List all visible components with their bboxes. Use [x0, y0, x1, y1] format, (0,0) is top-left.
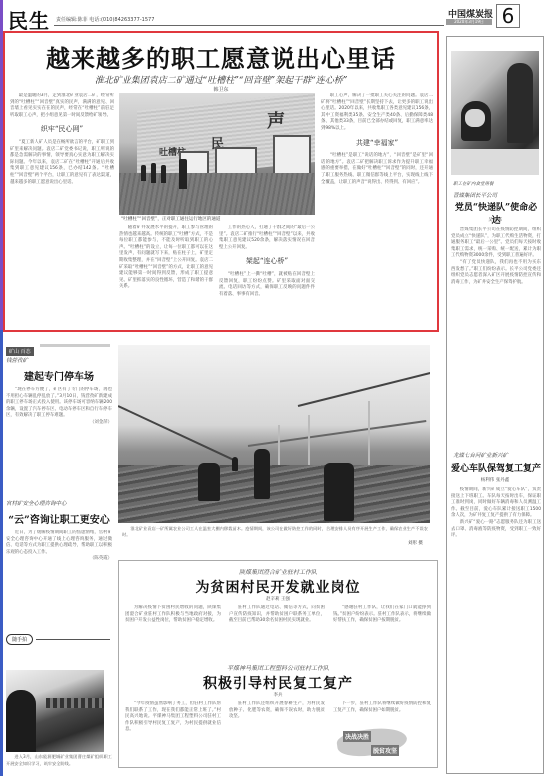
bottom-col-2: 驻村工作队通过电话、微信等方式，向贫困户宣传防疫知识，并帮助贫困户联系务工单位，… — [229, 605, 325, 657]
bottom-col-4: “今年疫情虽然影响了务工，但驻村工作队帮我们联系了工作，现在我们都能正常上班了。… — [125, 701, 221, 765]
worker — [198, 463, 220, 501]
photo-caption: 职工在矿内食堂用餐 — [453, 181, 494, 187]
main-column-2: 随着矿井发展水平的提升，职工参与管理的热情也越来越高。传统的职工“吐槽”方式，不… — [119, 225, 213, 329]
snapshot-rule — [36, 639, 110, 640]
standing-woman — [507, 63, 533, 143]
person — [141, 165, 146, 181]
kicker: 晋煤集团长平公司 — [453, 191, 497, 199]
body-paragraph: 疫情期间，新兴矿成立“爱心车队”，负责接送上下班职工。车队每天按时出车，保证职工… — [451, 487, 541, 520]
tag-rule — [40, 344, 110, 347]
main-byline: 韩卫东 — [5, 86, 437, 93]
greenhouse-caption: 淮北矿业袁店一矿所属农业公司工人在温室大棚内移栽苗木。疫情期间，该公司在做好防控… — [122, 526, 428, 540]
person-foreground — [6, 690, 36, 752]
body-paragraph: 工作的热心人，打通了干群之间的“最后一公里”。袁店二矿推行“吐槽柱”“回音壁”以… — [219, 225, 315, 251]
right-body-2: 疫情期间，新兴矿成立“爱心车队”，负责接送上下班职工。车队每天按时出车，保证职工… — [451, 487, 541, 767]
person — [179, 159, 187, 189]
kicker-2: 官村矿安全心理咨询中心 — [6, 499, 112, 507]
kicker-2: 龙煤七台河矿业新兴矿 — [453, 451, 508, 459]
body-paragraph: “吐槽柱”上一撕“吐槽”，就被贴在回音壁上反馈回复，职工纷纷点赞。矿里采取面对面… — [219, 272, 315, 298]
bottom-col-1: 为解决疫情下贫困村民增收的问题，陕煤集团澄合矿业驻村工作队积极与当地政府对接，为… — [125, 605, 221, 657]
snapshot-header: 随手拍 — [6, 634, 112, 646]
credit: （刘金萍） — [6, 420, 112, 427]
snapshot-tag: 随手拍 — [6, 634, 33, 645]
body-paragraph: “现在停车方便了，矿区有了专门的停车场，再也不用担心车辆乱停乱放了。”3月10日… — [6, 387, 112, 420]
kicker: 钱营孜矿 — [6, 356, 112, 364]
bottom-col-3: “感谢驻村工作队，让我们在家门口就能挣到钱。”贫困户纷纷表示。驻村工作队表示，将… — [333, 605, 431, 657]
main-subtitle: 淮北矿业集团袁店二矿通过“吐槽柱”“回音壁”架起干群“连心桥” — [5, 73, 437, 86]
main-column-3: 工作的热心人，打通了干群之间的“最后一公里”。袁店二矿推行“吐槽柱”“回音壁”以… — [219, 225, 315, 329]
audience — [46, 698, 104, 708]
right-byline: 吴丽娜 — [447, 217, 543, 223]
person — [161, 165, 166, 183]
snapshot-caption: 进入3月，山东能源肥城矿业集团曹庄煤矿组织职工开展安全知识学习，筑牢安全防线。 — [6, 754, 112, 774]
main-headline: 越来越多的职工愿意说出心里话 — [5, 39, 437, 74]
bottom-kicker-1: 陕煤集团澄合矿业驻村工作队 — [119, 567, 437, 576]
right-headline-2: 爱心车队保驾复工复产 — [451, 461, 541, 474]
subhead-1: 织牢“民心网” — [10, 126, 114, 133]
face — [465, 109, 485, 127]
main-column-1: 最是温暖的3月，走到淮北矿业袁店二矿，经常听到的“吐槽柱”“回音壁”真实的民声，… — [10, 93, 114, 329]
main-article-box[interactable]: 越来越多的职工愿意说出心里话 淮北矿业集团袁店二矿通过“吐槽柱”“回音壁”架起干… — [3, 31, 439, 332]
person — [151, 163, 156, 183]
left-headline: 建起专门停车场 — [6, 368, 112, 383]
body-paragraph: “有了党员快递队，我们再也不用为买东西发愁了。”职工们纷纷表示。长平公司党委还组… — [451, 260, 541, 286]
caption-text: 淮北矿业袁店一矿所属农业公司工人在温室大棚内移栽苗木。疫情期间，该公司在做好防控… — [122, 526, 428, 538]
photo-credit: 刘彤 摄 — [408, 540, 423, 546]
bottom-articles-box: 陕煤集团澄合矿业驻村工作队 为贫困村民开发就业岗位 赵辛莉 王强 为解决疫情下贫… — [118, 560, 438, 768]
stamp-text-2: 脱贫攻坚 — [371, 745, 399, 756]
right-body: 晋煤集团长平公司在疫情防控期间，组织党员成立“快递队”，为职工代购生活物资，打通… — [451, 227, 541, 403]
desk — [451, 149, 539, 175]
bottom-kicker-2: 平煤神马集团工程塑料公司驻村工作队 — [119, 663, 437, 672]
section-tag: 矿山 百态 — [6, 347, 34, 356]
subhead-3: 架起“连心桥” — [219, 258, 315, 265]
worker — [254, 449, 270, 499]
building-sign: 声 — [267, 107, 285, 133]
subhead-4: 共建“幸福家” — [321, 140, 433, 147]
roof-beam — [248, 420, 427, 447]
building-photo: 民 声 吐槽柱 — [119, 93, 315, 215]
bottom-byline-2: 李兵 — [119, 692, 437, 698]
left-body: “现在停车方便了，矿区有了专门的停车场，再也不用担心车辆乱停乱放了。”3月10日… — [6, 387, 112, 491]
meeting-photo — [6, 670, 104, 752]
roof-beam — [298, 371, 430, 407]
editor-line: 责任编辑:陈菲 电话:(010)84263377-1577 — [56, 16, 154, 23]
body-paragraph: “感谢驻村工作队，让我们在家门口就能挣到钱。”贫困户纷纷表示。驻村工作队表示，将… — [333, 605, 431, 625]
body-paragraph: 随着矿井发展水平的提升，职工参与管理的热情也越来越高。传统的职工“吐槽”方式，不… — [119, 225, 213, 291]
left-lower-column: 矿山 百态 钱营孜矿 建起专门停车场 “现在停车方便了，矿区有了专门的停车场，再… — [6, 338, 112, 626]
body-paragraph: “夏工新人矿人员是在畅所欲言的平台，矿职工到矿里来解决问题。袁店二矿党委书记说，… — [10, 140, 114, 186]
page-edge-lower — [0, 330, 3, 776]
greenhouse-photo — [118, 345, 430, 523]
body-paragraph: 驻村工作队通过电话、微信等方式，向贫困户宣传防疫知识，并帮助贫困户联系务工单位，… — [229, 605, 325, 625]
left-headline-2: “云”咨询让职工更安心 — [6, 511, 112, 526]
section-name: 民生 — [8, 5, 50, 34]
worker — [324, 463, 354, 521]
roof-beam — [118, 405, 236, 462]
body-paragraph: 新兴矿“爱心一路”志愿服务队还为职工送去口罩、消毒液等防疫物资，受到职工一致好评… — [451, 520, 541, 540]
office-photo — [451, 51, 539, 175]
bottom-col-6: 下一步，驻村工作队将继续做好疫情防控和复工复产工作，确保贫困户如期脱贫。 — [333, 701, 431, 723]
worker — [232, 457, 238, 471]
right-byline-2: 杨利伟 张丹鑫 — [447, 477, 543, 483]
soil-rows — [118, 465, 430, 523]
body-paragraph: 近日，为了缓解疫情期间职工的焦虑情绪，官村矿安全心理咨询中心开通了线上心理咨询服… — [6, 530, 112, 556]
body-paragraph: “今年疫情虽然影响了务工，但驻村工作队帮我们联系了工作，现在我们都能正常上班了。… — [125, 701, 221, 734]
header-rule — [54, 25, 444, 26]
page-number: 6 — [496, 4, 520, 28]
body-paragraph: 职工心声，解决了一批职工关心关注的问题。袁店二矿将“吐槽柱”“回音壁”长期坚持下… — [321, 93, 433, 133]
body-paragraph: “吐槽柱”是职工“说话的地方”，“回音壁”是矿里“回话的地方”。袁店二矿把解决职… — [321, 153, 433, 186]
paper-date: 2020年3月19日 — [446, 19, 492, 25]
main-column-4: 职工心声，解决了一批职工关心关注的问题。袁店二矿将“吐槽柱”“回音壁”长期坚持下… — [321, 93, 433, 329]
photo-caption: “吐槽柱”“回音壁”，正对职工通往运行地区的通道 — [121, 216, 220, 222]
right-column: 职工在矿内食堂用餐 晋煤集团长平公司 党员“快递队”使命必达 吴丽娜 晋煤集团长… — [446, 36, 544, 774]
body-paragraph: 驻村工作队还组织开展春耕生产，为村民发放种子、化肥等农资，确保不误农时，助力脱贫… — [229, 701, 325, 721]
bottom-headline-2: 积极引导村民复工复产 — [119, 673, 437, 693]
body-paragraph: 下一步，驻村工作队将继续做好疫情防控和复工复产工作，确保贫困户如期脱贫。 — [333, 701, 431, 714]
pavement — [119, 173, 315, 215]
stamp-text-1: 决战决胜 — [343, 731, 371, 742]
bottom-byline-1: 赵辛莉 王强 — [119, 596, 437, 602]
credit: （陈英霞） — [6, 556, 112, 563]
intro-paragraph: 最是温暖的3月，走到淮北矿业袁店二矿，经常听到的“吐槽柱”“回音壁”真实的民声，… — [10, 93, 114, 119]
masthead: 民生 责任编辑:陈菲 电话:(010)84263377-1577 中国煤炭报 2… — [8, 4, 542, 30]
poverty-alleviation-stamp: 决战决胜 脱贫攻坚 — [337, 725, 407, 761]
bottom-col-5: 驻村工作队还组织开展春耕生产，为村民发放种子、化肥等农资，确保不误农时，助力脱贫… — [229, 701, 325, 765]
body-paragraph: 晋煤集团长平公司在疫情防控期间，组织党员成立“快递队”，为职工代购生活物资，打通… — [451, 227, 541, 260]
bottom-headline-1: 为贫困村民开发就业岗位 — [119, 577, 437, 597]
body-paragraph: 为解决疫情下贫困村民增收的问题，陕煤集团澄合矿业驻村工作队积极与当地政府对接，为… — [125, 605, 221, 625]
caption-text: 进入3月，山东能源肥城矿业集团曹庄煤矿组织职工开展安全知识学习，筑牢安全防线。 — [6, 754, 112, 767]
left-body-2: 近日，为了缓解疫情期间职工的焦虑情绪，官村矿安全心理咨询中心开通了线上心理咨询服… — [6, 530, 112, 626]
